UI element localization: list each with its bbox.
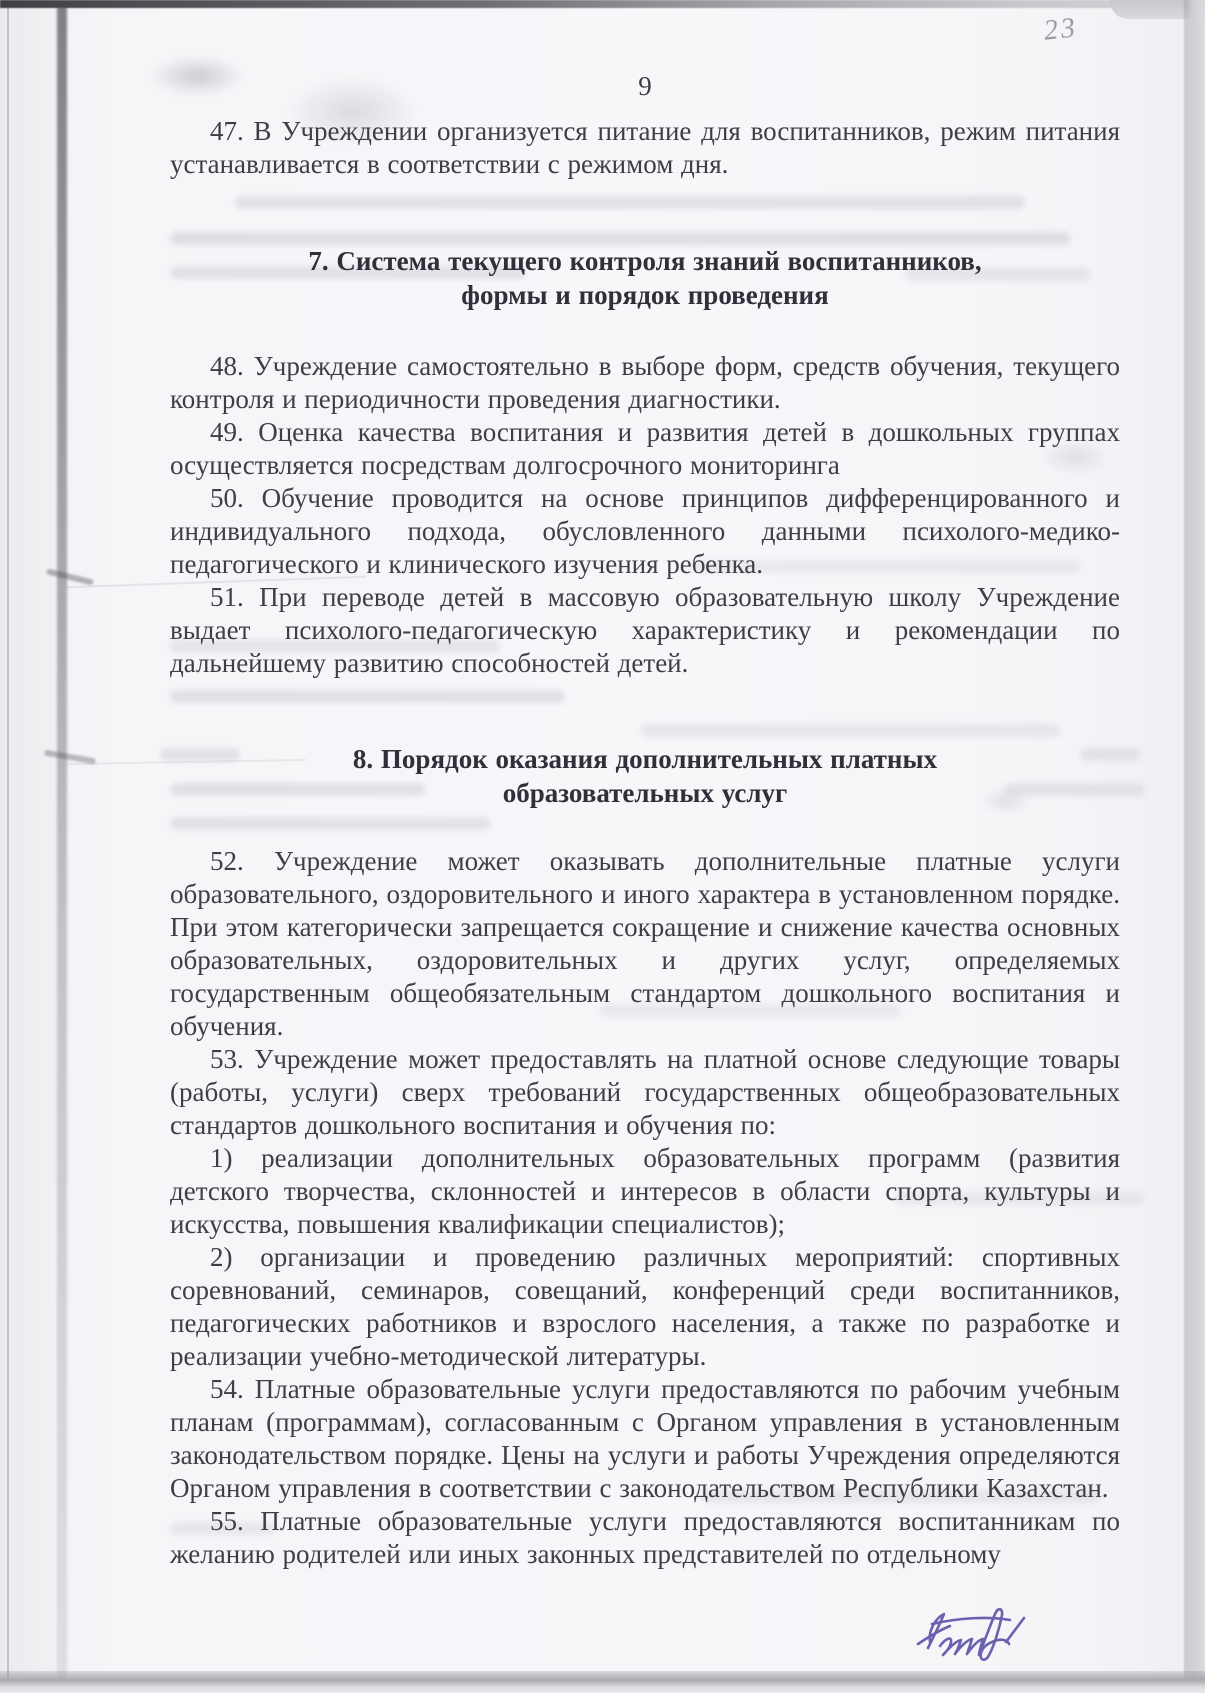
paragraph-52: 52. Учреждение может оказывать дополните…	[170, 845, 1120, 1043]
heading-line-2: формы и порядок проведения	[461, 280, 828, 310]
paragraph-51: 51. При переводе детей в массовую образо…	[170, 581, 1120, 680]
section-heading-8: 8. Порядок оказания дополнительных платн…	[170, 742, 1120, 810]
paragraph-47: 47. В Учреждении организуется питание дл…	[170, 115, 1120, 181]
page-fold-crease	[57, 6, 67, 1693]
paragraph-48: 48. Учреждение самостоятельно в выборе ф…	[170, 350, 1120, 416]
page-number: 9	[170, 70, 1120, 103]
heading-line-2: образовательных услуг	[503, 778, 788, 808]
paragraph-49: 49. Оценка качества воспитания и развити…	[170, 416, 1120, 482]
paragraph-53: 53. Учреждение может предоставлять на пл…	[170, 1043, 1120, 1142]
section-heading-7: 7. Система текущего контроля знаний восп…	[170, 244, 1120, 312]
document-body: 9 47. В Учреждении организуется питание …	[170, 70, 1120, 1571]
handwritten-signature	[888, 1580, 1048, 1680]
handwritten-corner-number: 23	[1042, 12, 1079, 47]
paragraph-50: 50. Обучение проводится на основе принци…	[170, 482, 1120, 581]
list-item-1: 1) реализации дополнительных образовател…	[170, 1142, 1120, 1241]
signature-stroke	[940, 1609, 1009, 1659]
signature-stroke	[932, 1618, 1010, 1624]
list-item-2: 2) организации и проведению различных ме…	[170, 1241, 1120, 1373]
paragraph-55: 55. Платные образовательные услуги предо…	[170, 1505, 1120, 1571]
scan-bottom-edge	[0, 1671, 1205, 1693]
paragraph-54: 54. Платные образовательные услуги предо…	[170, 1373, 1120, 1505]
heading-line-1: 8. Порядок оказания дополнительных платн…	[353, 744, 937, 774]
scan-right-edge	[1184, 0, 1205, 1693]
heading-line-1: 7. Система текущего контроля знаний восп…	[308, 246, 981, 276]
scan-top-edge	[0, 0, 1205, 8]
scanned-document-page: 23 9 47. В Учреждении организуется питан…	[0, 0, 1205, 1693]
signature-stroke	[1006, 1618, 1024, 1642]
scan-edge-line	[7, 0, 9, 1693]
